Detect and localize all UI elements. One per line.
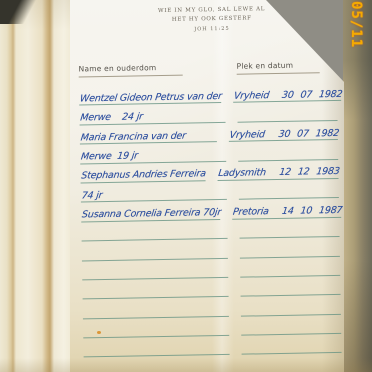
ruled-line-left: Maria Francina van der (80, 123, 218, 145)
page-content: WIE IN MY GLO, SAL LEWE AL HET HY OOK GE… (67, 0, 347, 372)
ruled-line-left (83, 317, 229, 339)
ruled-line-right (240, 276, 340, 297)
entry-place: Vryheid (229, 130, 265, 141)
ruled-line-left (82, 278, 228, 300)
book-photo: WIE IN MY GLO, SAL LEWE AL HET HY OOK GE… (0, 0, 372, 372)
background-shadow-corner (0, 0, 46, 24)
printed-verse: WIE IN MY GLO, SAL LEWE AL HET HY OOK GE… (124, 5, 300, 35)
ruled-line-left: Susanna Cornelia Ferreira 70jr (81, 200, 220, 222)
name-age-header-label: Name en ouderdom (79, 63, 183, 78)
ruled-line-left: Stephanus Andries Ferreira (80, 162, 205, 184)
place-date-header-label: Plek en datum (236, 60, 319, 74)
entry-name: Merwe 19 jr (80, 151, 138, 163)
ruled-line-right (240, 256, 340, 277)
ruled-line-left: Wentzel Gideon Petrus van der (79, 84, 221, 106)
book-cover-edge (343, 0, 372, 372)
register-row-empty (83, 334, 341, 358)
column-header-left: Name en ouderdom (79, 62, 225, 78)
entry-name: Merwe 24 jr (80, 113, 144, 125)
register-rows: Wentzel Gideon Petrus van der Vryheid 30… (79, 82, 342, 358)
book-page-edges (0, 0, 72, 372)
ruled-line-right (241, 315, 341, 336)
ruled-line-left (82, 258, 228, 280)
ruled-line-right (241, 334, 341, 355)
column-header-right: Plek en datum (236, 60, 319, 74)
ruled-line-left: Merwe 19 jr (80, 142, 226, 164)
ruled-line-left: 74 jr (81, 181, 227, 203)
entry-place: Pretoria (232, 207, 269, 218)
bottom-page-shadow (0, 358, 372, 372)
ruled-line-right: Vryheid 30 07 1982 (233, 82, 342, 103)
register-page: WIE IN MY GLO, SAL LEWE AL HET HY OOK GE… (70, 0, 344, 372)
camera-date-stamp: 05/11 (348, 1, 364, 48)
ruled-line-left (82, 239, 228, 261)
ruled-line-right (239, 218, 339, 239)
ruled-line-right (239, 179, 339, 200)
ruled-line-right: Vryheid 30 07 1982 (229, 121, 338, 142)
entry-place: Ladysmith (218, 169, 267, 180)
ruled-line-left (83, 297, 229, 319)
entry-date: 12 12 1983 (278, 167, 340, 179)
ruled-line-left (81, 220, 227, 242)
verse-reference: JOH 11:25 (124, 23, 300, 35)
entry-name: 74 jr (81, 191, 103, 202)
entry-date: 30 07 1982 (281, 90, 343, 102)
ink-speck (97, 331, 101, 334)
entry-name: Stephanus Andries Ferreira (81, 170, 207, 183)
entry-date: 14 10 1987 (281, 206, 343, 218)
column-headers: Name en ouderdom Plek en datum (79, 60, 337, 78)
entry-name: Maria Francina van der (80, 131, 186, 143)
ruled-line-left: Merwe 24 jr (79, 103, 225, 125)
ruled-line-left (83, 336, 229, 358)
ruled-line-right (241, 295, 341, 316)
entry-place: Vryheid (233, 91, 269, 102)
ruled-line-right: Ladysmith 12 12 1983 (217, 160, 338, 181)
ruled-line-right (238, 140, 338, 161)
ruled-line-right: Pretoria 14 10 1987 (232, 198, 342, 219)
entry-date: 30 07 1982 (277, 129, 339, 141)
ruled-line-right (240, 237, 340, 258)
ruled-line-right (237, 101, 337, 122)
